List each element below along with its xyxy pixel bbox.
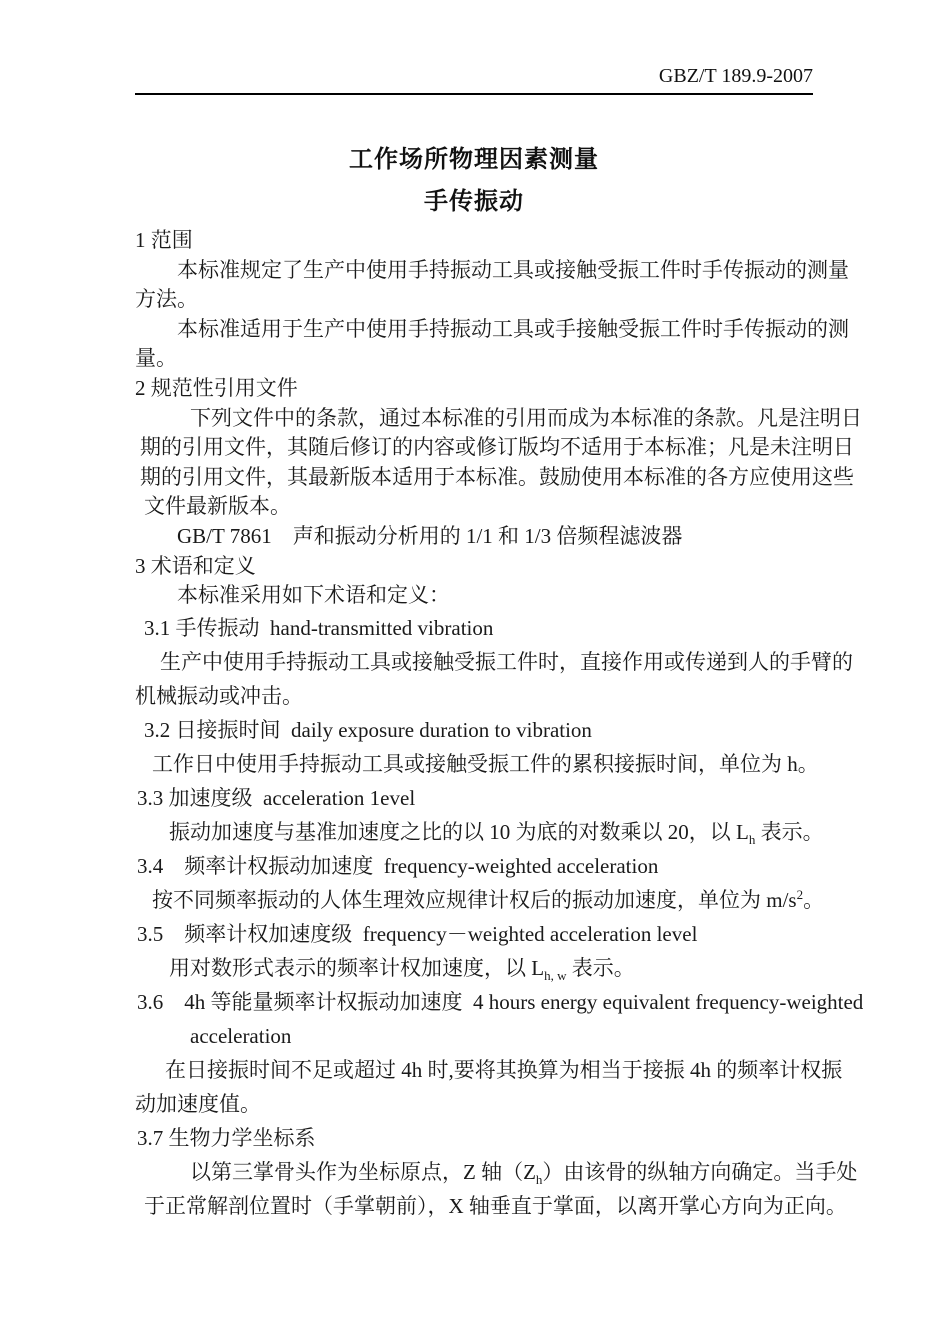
section-2-heading: 2 规范性引用文件 xyxy=(135,374,813,404)
term-3-7-line-1-text: 以第三掌骨头作为坐标原点，Z 轴（Z xyxy=(190,1160,536,1184)
term-3-2-heading: 3.2 日接振时间 daily exposure duration to vib… xyxy=(135,713,813,747)
term-3-6-heading-line-1: 3.6 4h 等能量频率计权振动加速度 4 hours energy equiv… xyxy=(135,985,813,1019)
term-3-7-line-2: 于正常解剖位置时（手掌朝前），X 轴垂直于掌面，以离开掌心方向为正向。 xyxy=(135,1189,813,1223)
normative-refs-line-2: 期的引用文件，其随后修订的内容或修订版均不适用于本标准；凡是未注明日 xyxy=(135,433,813,463)
term-3-6-line-1: 在日接振时间不足或超过 4h 时,要将其换算为相当于接振 4h 的频率计权振 xyxy=(135,1053,813,1087)
term-3-4-definition-text: 按不同频率振动的人体生理效应规律计权后的振动加速度，单位为 m/s xyxy=(152,888,797,912)
subscript-lhw: h, w xyxy=(544,968,566,983)
term-3-1-line-2: 机械振动或冲击。 xyxy=(135,679,813,713)
term-3-6-line-2: 动加速度值。 xyxy=(135,1087,813,1121)
term-3-7-line-1: 以第三掌骨头作为坐标原点，Z 轴（Zh）由该骨的纵轴方向确定。当手处 xyxy=(135,1155,813,1189)
term-3-2-line-1: 工作日中使用手持振动工具或接触受振工件的累积接振时间，单位为 h。 xyxy=(135,747,813,781)
term-3-3-definition-tail: 表示。 xyxy=(755,820,823,844)
normative-refs-line-4: 文件最新版本。 xyxy=(135,492,813,522)
term-3-3-definition-text: 振动加速度与基准加速度之比的以 10 为底的对数乘以 20，以 L xyxy=(169,820,749,844)
term-3-6-heading-line-2: acceleration xyxy=(135,1019,813,1053)
term-3-3-heading: 3.3 加速度级 acceleration 1evel xyxy=(135,781,813,815)
header-rule xyxy=(135,93,813,95)
term-3-5-definition-text: 用对数形式表示的频率计权加速度，以 L xyxy=(169,956,544,980)
term-3-5-heading: 3.5 频率计权加速度级 frequency－weighted accelera… xyxy=(135,917,813,951)
document-body-upper: 1 范围 本标准规定了生产中使用手持振动工具或接触受振工件时手传振动的测量 方法… xyxy=(135,226,813,611)
term-3-5-definition: 用对数形式表示的频率计权加速度，以 Lh, w 表示。 xyxy=(135,951,813,985)
document-page: GBZ/T 189.9-2007 工作场所物理因素测量 手传振动 1 范围 本标… xyxy=(0,0,950,1344)
term-3-5-definition-tail: 表示。 xyxy=(566,956,634,980)
scope-line-2: 方法。 xyxy=(135,285,813,315)
terms-intro: 本标准采用如下术语和定义： xyxy=(135,581,813,611)
section-3-heading: 3 术语和定义 xyxy=(135,552,813,582)
normative-refs-line-1: 下列文件中的条款，通过本标准的引用而成为本标准的条款。凡是注明日 xyxy=(135,404,813,434)
term-3-7-heading: 3.7 生物力学坐标系 xyxy=(135,1121,813,1155)
term-3-4-definition: 按不同频率振动的人体生理效应规律计权后的振动加速度，单位为 m/s2。 xyxy=(135,883,813,917)
scope-line-1: 本标准规定了生产中使用手持振动工具或接触受振工件时手传振动的测量 xyxy=(135,256,813,286)
document-title: 工作场所物理因素测量 xyxy=(135,144,813,176)
normative-refs-line-3: 期的引用文件，其最新版本适用于本标准。鼓励使用本标准的各方应使用这些 xyxy=(135,463,813,493)
term-3-3-definition: 振动加速度与基准加速度之比的以 10 为底的对数乘以 20，以 Lh 表示。 xyxy=(135,815,813,849)
document-body-lower: 3.1 手传振动 hand-transmitted vibration 生产中使… xyxy=(135,611,813,1223)
scope-line-4: 量。 xyxy=(135,344,813,374)
document-subtitle: 手传振动 xyxy=(135,186,813,218)
document-code: GBZ/T 189.9-2007 xyxy=(135,0,813,88)
term-3-1-heading: 3.1 手传振动 hand-transmitted vibration xyxy=(135,611,813,645)
term-3-4-heading: 3.4 频率计权振动加速度 frequency-weighted acceler… xyxy=(135,849,813,883)
reference-gbt-7861: GB/T 7861 声和振动分析用的 1/1 和 1/3 倍频程滤波器 xyxy=(135,522,813,552)
section-1-heading: 1 范围 xyxy=(135,226,813,256)
term-3-1-line-1: 生产中使用手持振动工具或接触受振工件时，直接作用或传递到人的手臂的 xyxy=(135,645,813,679)
term-3-4-definition-tail: 。 xyxy=(803,888,824,912)
scope-line-3: 本标准适用于生产中使用手持振动工具或手接触受振工件时手传振动的测 xyxy=(135,315,813,345)
term-3-7-line-1-tail: ）由该骨的纵轴方向确定。当手处 xyxy=(542,1160,857,1184)
